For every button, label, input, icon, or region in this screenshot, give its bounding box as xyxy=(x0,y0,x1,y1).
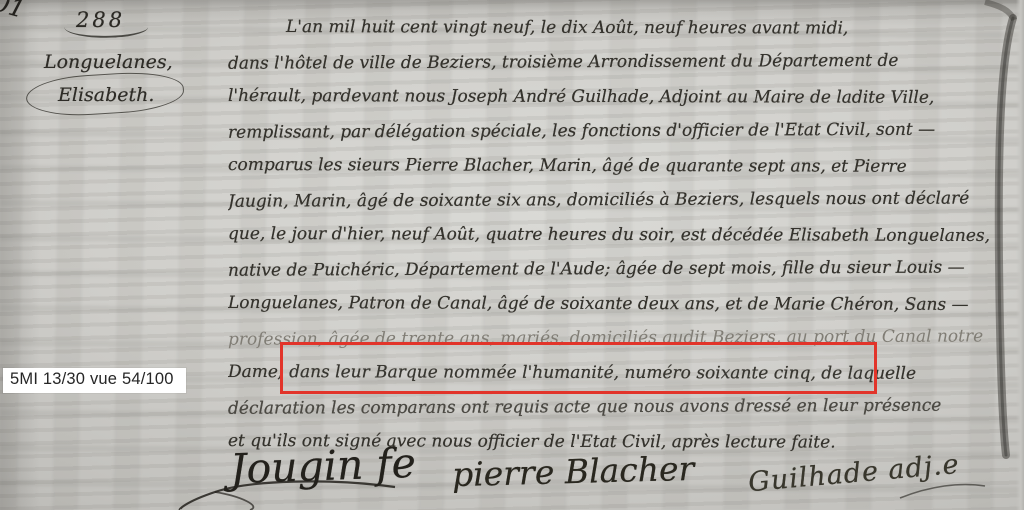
act-body-line: native de Puichéric, Département de l'Au… xyxy=(228,255,1018,282)
scanned-register-page: 01 288 Longuelanes, Elisabeth. L'an mil … xyxy=(0,0,1024,510)
highlight-rectangle xyxy=(280,342,877,394)
signature-blacher: pierre Blacher xyxy=(452,449,695,494)
signature-jaugin: Jougin fe xyxy=(229,439,416,493)
act-body-line: Jaugin, Marin, âgé de soixante six ans, … xyxy=(228,186,1018,213)
act-body-line: remplissant, par délégation spéciale, le… xyxy=(228,117,1018,144)
act-body-line: déclaration les comparans ont requis act… xyxy=(228,393,1018,420)
act-body-line: que, le jour d'hier, neuf Août, quatre h… xyxy=(228,222,1018,248)
previous-page-corner-mark: 01 xyxy=(0,0,28,24)
act-body-line: L'an mil huit cent vingt neuf, le dix Ao… xyxy=(228,15,1024,41)
act-body-line: Longuelanes, Patron de Canal, âgé de soi… xyxy=(228,291,1018,317)
act-body-line: comparus les sieurs Pierre Blacher, Mari… xyxy=(228,153,1018,179)
archive-reference-label: 5MI 13/30 vue 54/100 xyxy=(3,368,186,393)
act-number-underline xyxy=(63,14,148,40)
signature-guilhade: Guilhade adj.e xyxy=(747,449,961,498)
act-body-line: dans l'hôtel de ville de Beziers, troisi… xyxy=(228,48,1018,75)
act-body-line: l'hérault, pardevant nous Joseph André G… xyxy=(228,84,1018,110)
